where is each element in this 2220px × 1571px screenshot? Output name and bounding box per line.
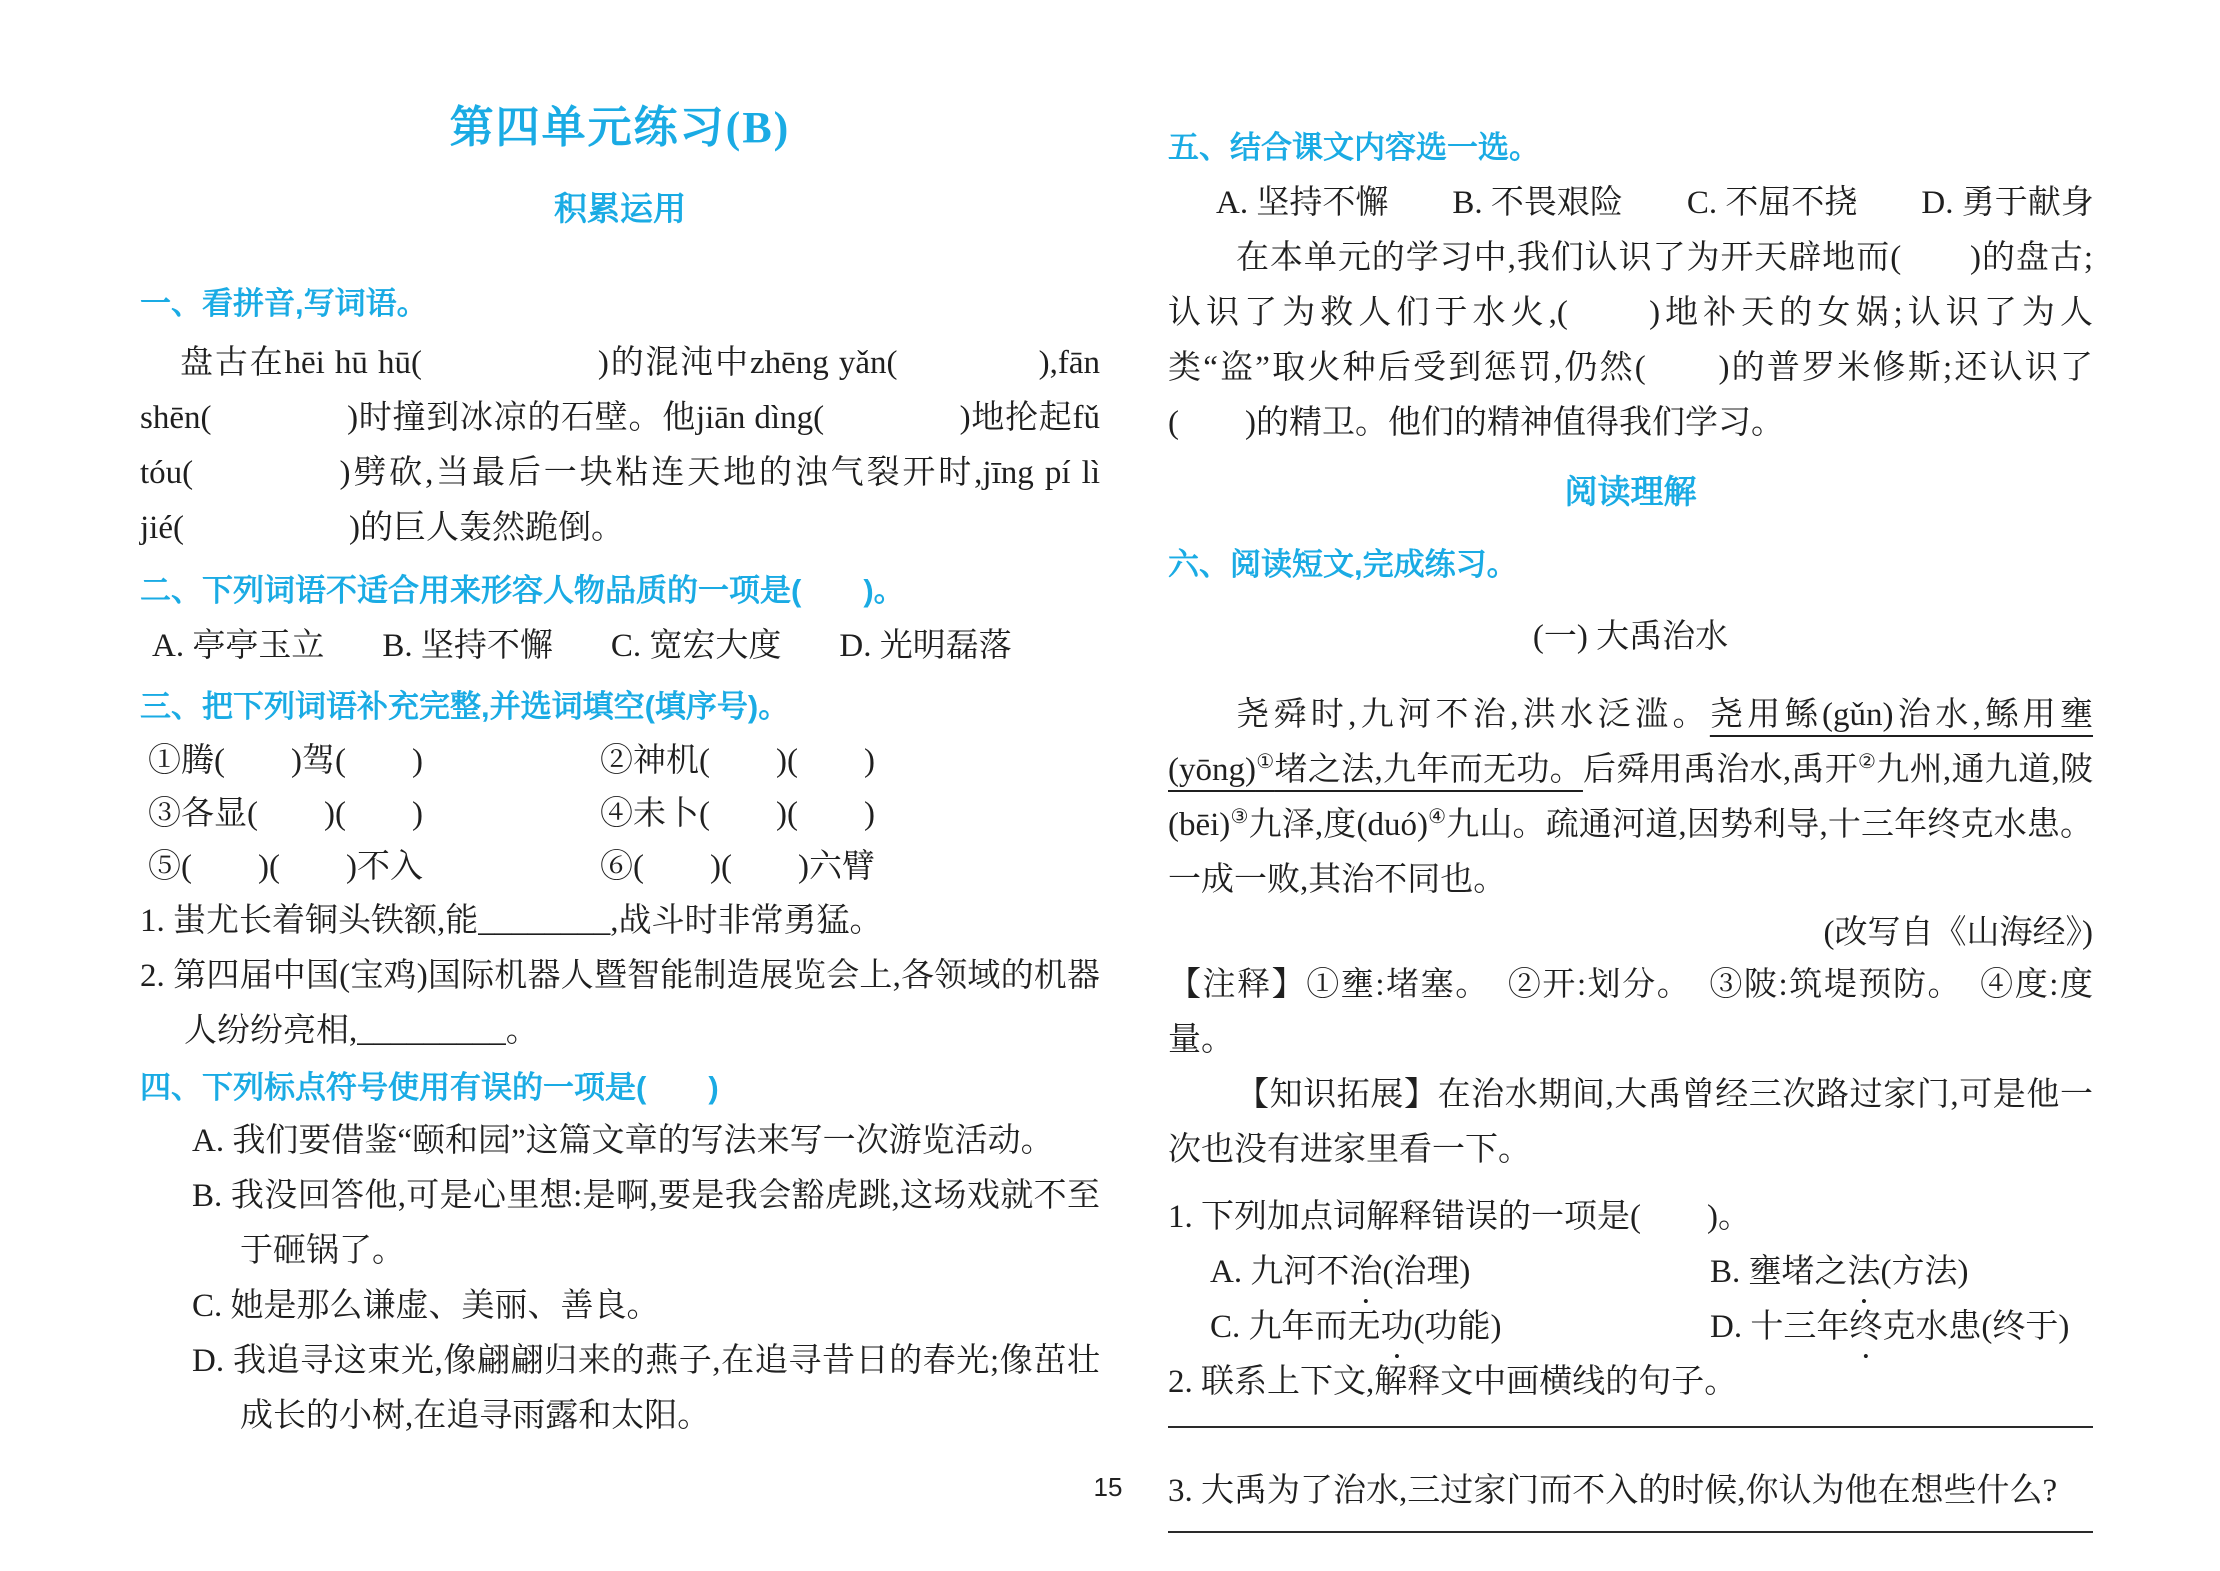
underlined-part-2: 堵之法,九年而无功。 — [1275, 752, 1583, 788]
section-2-heading: 二、下列词语不适合用来形容人物品质的一项是( )。 — [140, 568, 1100, 613]
word-pair-row: ③各显( )( ) ④未卜( )( ) — [140, 788, 1100, 841]
option-b: B. 我没回答他,可是心里想:是啊,要是我会豁虎跳,这场戏就不至于砸锅了。 — [192, 1169, 1100, 1279]
page-title: 第四单元练习(B) — [140, 100, 1100, 156]
option-b: B. 壅堵之法(方法) — [1710, 1245, 1969, 1300]
option-gloss: (功能) — [1414, 1309, 1502, 1345]
option-text: C. 九年而无 — [1210, 1309, 1381, 1345]
section-5-options: A. 坚持不懈 B. 不畏艰险 C. 不屈不挠 D. 勇于献身 — [1168, 176, 2093, 231]
word-blank-3: ③各显( )( ) — [148, 788, 600, 841]
word-blank-2: ②神机( )( ) — [600, 735, 875, 788]
left-column: 第四单元练习(B) 积累运用 一、看拼音,写词语。 盘古在hēi hū hū( … — [140, 100, 1100, 1444]
option-c: C. 不屈不挠 — [1687, 176, 1858, 231]
word-pair-row: ①腾( )驾( ) ②神机( )( ) — [140, 735, 1100, 788]
section-2-options: A. 亭亭玉立 B. 坚持不懈 C. 宽宏大度 D. 光明磊落 — [140, 619, 1100, 674]
option-c: C. 她是那么谦虚、美丽、善良。 — [192, 1279, 1100, 1334]
emphasized-char: 治 — [1349, 1254, 1382, 1290]
section-5-heading: 五、结合课文内容选一选。 — [1168, 125, 2093, 170]
section-1-heading: 一、看拼音,写词语。 — [140, 281, 1100, 326]
section-4-heading: 四、下列标点符号使用有误的一项是( ) — [140, 1065, 1100, 1110]
passage-p3: 九泽,度(duó) — [1249, 807, 1428, 843]
footnote-mark-2: ② — [1858, 751, 1876, 773]
option-b: B. 坚持不懈 — [382, 619, 553, 674]
option-a: A. 九河不治(治理) — [1210, 1245, 1710, 1300]
emphasized-char: 法 — [1848, 1254, 1881, 1290]
option-d: D. 我追寻这束光,像翩翩归来的燕子,在追寻昔日的春光;像茁壮成长的小树,在追寻… — [192, 1334, 1100, 1444]
knowledge-extension: 【知识拓展】在治水期间,大禹曾经三次路过家门,可是他一次也没有进家里看一下。 — [1168, 1068, 2093, 1178]
word-pair-row: ⑤( )( )不入 ⑥( )( )六臂 — [140, 841, 1100, 894]
part-title-accumulation: 积累运用 — [140, 186, 1100, 231]
option-a: A. 坚持不懈 — [1216, 176, 1388, 231]
question-1-options-row-2: C. 九年而无功(功能) D. 十三年终克水患(终于) — [1168, 1300, 2093, 1355]
option-text: A. 九河不 — [1210, 1254, 1349, 1290]
footnote-mark-1: ① — [1256, 751, 1275, 773]
emphasized-char: 功 — [1381, 1309, 1414, 1345]
word-blank-4: ④未卜( )( ) — [600, 788, 875, 841]
option-a: A. 我们要借鉴“颐和园”这篇文章的写法来写一次游览活动。 — [192, 1114, 1100, 1169]
answer-line — [1168, 1531, 2093, 1533]
option-text: B. 壅堵之 — [1710, 1254, 1848, 1290]
page-number: 15 — [1078, 1472, 1138, 1502]
footnote-mark-4: ④ — [1428, 806, 1446, 828]
passage-text: 尧舜时,九河不治,洪水泛滥。尧用鲧(gǔn)治水,鲧用壅(yōng)①堵之法,九… — [1168, 688, 2093, 908]
emphasized-char: 终 — [1849, 1309, 1882, 1345]
section-4-options: A. 我们要借鉴“颐和园”这篇文章的写法来写一次游览活动。 B. 我没回答他,可… — [192, 1114, 1100, 1444]
option-gloss: (方法) — [1881, 1254, 1969, 1290]
passage-notes: 【注释】①壅:堵塞。 ②开:划分。 ③陂:筑堤预防。 ④度:度量。 — [1168, 958, 2093, 1068]
question-2: 2. 联系上下文,解释文中画横线的句子。 — [1168, 1355, 2093, 1410]
option-text: D. 十三年 — [1710, 1309, 1849, 1345]
section-3-item-1: 1. 蚩尤长着铜头铁额,能________,战斗时非常勇猛。 — [140, 894, 1100, 949]
word-blank-6: ⑥( )( )六臂 — [600, 841, 875, 894]
word-blank-1: ①腾( )驾( ) — [148, 735, 600, 788]
question-1: 1. 下列加点词解释错误的一项是( )。 — [1168, 1190, 2093, 1245]
answer-line — [1168, 1426, 2093, 1428]
question-3: 3. 大禹为了治水,三过家门而不入的时候,你认为他在想些什么? — [1168, 1464, 2093, 1519]
footnote-mark-3: ③ — [1230, 806, 1248, 828]
section-6-heading: 六、阅读短文,完成练习。 — [1168, 542, 2093, 587]
section-5-paragraph: 在本单元的学习中,我们认识了为开天辟地而( )的盘古;认识了为救人们于水火,( … — [1168, 231, 2093, 451]
passage-title: (一) 大禹治水 — [1168, 615, 2093, 660]
section-1-paragraph: 盘古在hēi hū hū( )的混沌中zhēng yǎn( ),fān shēn… — [140, 336, 1100, 556]
worksheet-page: 第四单元练习(B) 积累运用 一、看拼音,写词语。 盘古在hēi hū hū( … — [0, 0, 2220, 1571]
question-1-options-row-1: A. 九河不治(治理) B. 壅堵之法(方法) — [1168, 1245, 2093, 1300]
right-column: 五、结合课文内容选一选。 A. 坚持不懈 B. 不畏艰险 C. 不屈不挠 D. … — [1168, 125, 2093, 1533]
passage-p1: 后舜用禹治水,禹开 — [1583, 752, 1858, 788]
option-d: D. 光明磊落 — [839, 619, 1011, 674]
section-3-word-grid: ①腾( )驾( ) ②神机( )( ) ③各显( )( ) ④未卜( )( ) … — [140, 735, 1100, 894]
option-c: C. 九年而无功(功能) — [1210, 1300, 1710, 1355]
passage-pre: 尧舜时,九河不治,洪水泛滥。 — [1236, 697, 1710, 733]
option-a: A. 亭亭玉立 — [152, 619, 324, 674]
option-d: D. 勇于献身 — [1921, 176, 2093, 231]
option-d: D. 十三年终克水患(终于) — [1710, 1300, 2069, 1355]
option-gloss: (治理) — [1382, 1254, 1470, 1290]
word-blank-5: ⑤( )( )不入 — [148, 841, 600, 894]
option-c: C. 宽宏大度 — [611, 619, 782, 674]
section-3-item-2: 2. 第四届中国(宝鸡)国际机器人暨智能制造展览会上,各领域的机器人纷纷亮相,_… — [140, 949, 1100, 1059]
part-title-reading: 阅读理解 — [1168, 469, 2093, 514]
option-gloss: 克水患(终于) — [1882, 1309, 2069, 1345]
option-b: B. 不畏艰险 — [1452, 176, 1623, 231]
section-3-heading: 三、把下列词语补充完整,并选词填空(填序号)。 — [140, 684, 1100, 729]
passage-source: (改写自《山海经》) — [1168, 908, 2093, 958]
